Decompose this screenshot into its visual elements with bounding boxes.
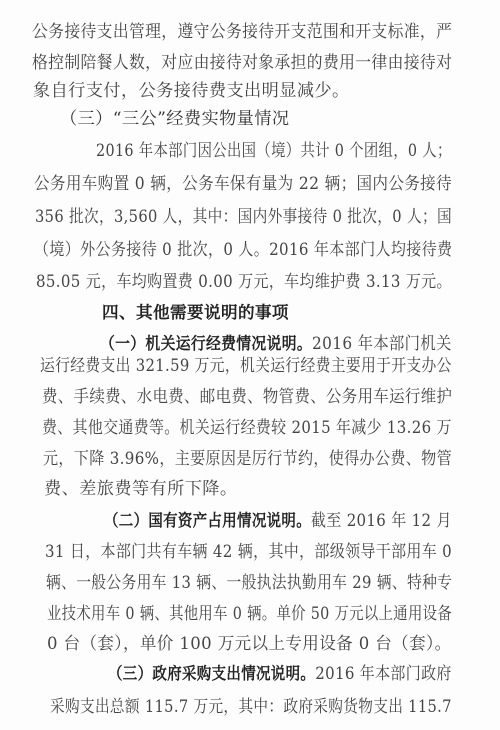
paragraph-line: 象自行支付，公务接待费支出明显减少。 (33, 80, 350, 102)
section-heading-other-matters: 四、其他需要说明的事项 (102, 302, 289, 324)
paragraph-text: 2016 年本部门政府 (315, 664, 451, 684)
paragraph-line: 0 台（套），单价 100 万元以上专用设备 0 台（套）。 (47, 633, 452, 655)
paragraph-line: 公务用车购置 0 辆，公务车保有量为 22 辆；国内公务接待 (34, 173, 452, 195)
section-heading-three-public: （三）“三公”经费实物量情况 (60, 108, 289, 130)
subheading-state-assets: （二）国有资产占用情况说明。 (104, 511, 311, 530)
paragraph-line: 2016 年本部门因公出国（境）共计 0 个团组，0 人； (96, 140, 452, 162)
paragraph-line: 85.05 元，车均购置费 0.00 万元，车均维护费 3.13 万元。 (36, 271, 452, 293)
paragraph-line: 费、其他交通费等。机关运行经费较 2015 年减少 13.26 万 (42, 417, 452, 439)
paragraph-line: 公务接待支出管理，遵守公务接待开支范围和开支标准，严 (32, 21, 452, 43)
subheading-operating-expenses: （一）机关运行经费情况说明。 (100, 334, 312, 353)
paragraph-text: 截至 2016 年 12 月 (311, 511, 452, 531)
paragraph-line: 采购支出总额 115.7 万元，其中：政府采购货物支出 115.7 (50, 696, 452, 718)
paragraph-line: （境）外公务接待 0 批次，0 人。2016 年本部门人均接待费 (34, 239, 452, 261)
subheading-government-procurement: （三）政府采购支出情况说明。 (108, 664, 315, 683)
paragraph-line: 辆、一般公务用车 13 辆、一般执法执勤用车 29 辆、特种专 (46, 572, 452, 594)
paragraph-line: （二）国有资产占用情况说明。截至 2016 年 12 月 (104, 510, 452, 532)
paragraph-line: （三）政府采购支出情况说明。2016 年本部门政府 (108, 663, 452, 685)
paragraph-text: 2016 年本部门机关 (312, 334, 452, 354)
paragraph-line: 费、手续费、水电费、邮电费、物管费、公务用车运行维护 (42, 386, 452, 408)
paragraph-line: 格控制陪餐人数，对应由接待对象承担的费用一律由接待对 (32, 52, 452, 74)
document-page: 公务接待支出管理，遵守公务接待开支范围和开支标准，严 格控制陪餐人数，对应由接待… (0, 0, 500, 730)
paragraph-line: 业技术用车 0 辆、其他用车 0 辆。单价 50 万元以上通用设备 (47, 603, 452, 625)
paragraph-line: 元，下降 3.96%，主要原因是厉行节约，使得办公费、物管 (43, 448, 452, 470)
paragraph-line: （一）机关运行经费情况说明。2016 年本部门机关 (100, 333, 452, 355)
paragraph-line: 356 批次，3,560 人，其中：国内外事接待 0 批次，0 人；国 (35, 206, 452, 228)
paragraph-line: 运行经费支出 321.59 万元，机关运行经费主要用于开支办公 (40, 355, 452, 377)
paragraph-line: 费、差旅费等有所下降。 (44, 478, 237, 500)
paragraph-line: 31 日，本部门共有车辆 42 辆，其中，部级领导干部用车 0 (45, 541, 452, 563)
